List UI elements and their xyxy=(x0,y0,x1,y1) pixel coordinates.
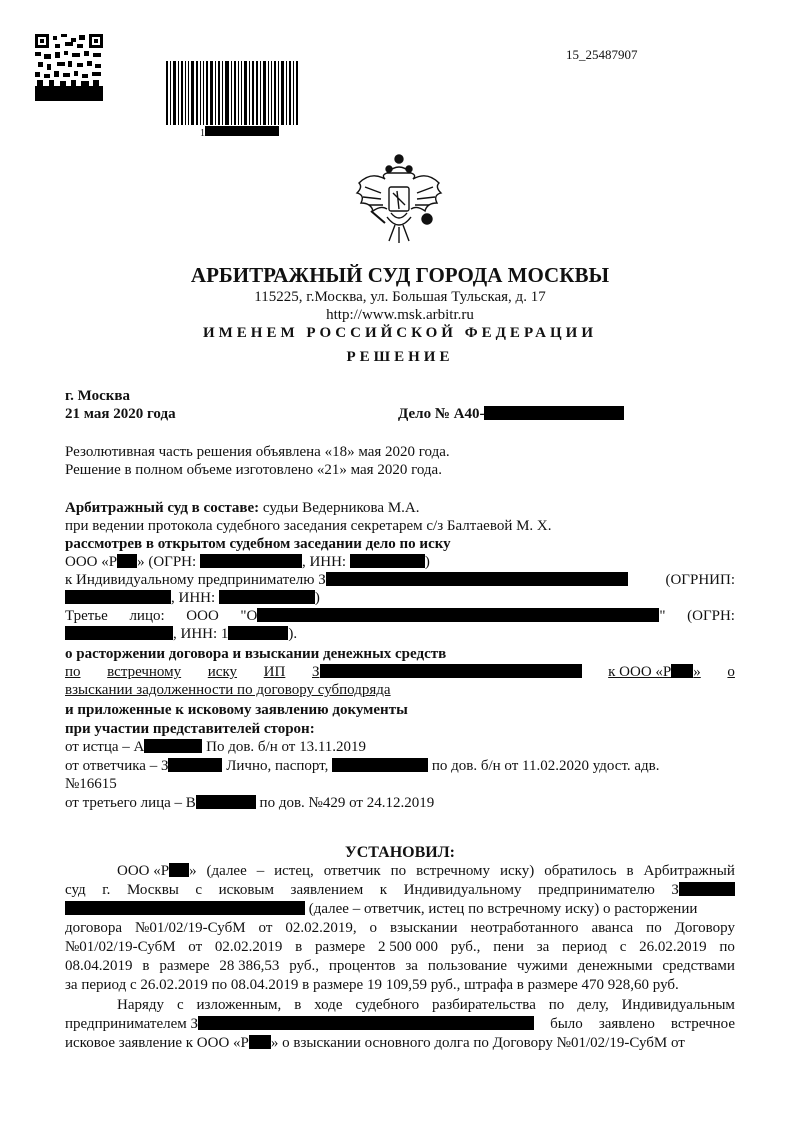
redaction xyxy=(228,626,288,640)
word: с xyxy=(177,996,184,1014)
court-address: 115225, г.Москва, ул. Большая Тульская, … xyxy=(0,288,800,306)
judge: судьи Ведерникова М.А. xyxy=(259,500,419,516)
participants-label: при участии представителей сторон: xyxy=(65,720,315,738)
redaction xyxy=(169,863,189,877)
word: по xyxy=(719,938,735,956)
city: г. Москва xyxy=(65,387,130,405)
paragraph-line: предпринимателем З было заявлено встречн… xyxy=(65,1015,735,1033)
word: предпринимателю xyxy=(538,881,655,899)
redaction xyxy=(326,572,628,586)
rep-label: от ответчика – З xyxy=(65,758,168,774)
word: изложенным, xyxy=(197,996,282,1014)
redaction xyxy=(196,795,256,809)
paragraph-line: (далее – ответчик, истец по встречному и… xyxy=(65,900,735,918)
plaintiff-line: ООО «Р» (ОГРН: , ИНН: ) xyxy=(65,553,430,571)
word: заявлением xyxy=(291,881,364,899)
word: – xyxy=(257,862,265,880)
word: в xyxy=(294,996,301,1014)
ogrn-label: (ОГРН: xyxy=(687,607,735,625)
word: ответчик xyxy=(324,862,381,880)
redaction xyxy=(484,406,624,420)
redaction xyxy=(117,554,137,568)
word: г. xyxy=(102,881,110,899)
word: денежными xyxy=(578,957,653,975)
ogrnip-label: (ОГРНИП: xyxy=(665,571,735,589)
rep-third-party: от третьего лица – В по дов. №429 от 24.… xyxy=(65,794,434,812)
word: от xyxy=(259,919,273,937)
word: руб., xyxy=(289,957,319,975)
defendant-ids: , ИНН: ) xyxy=(65,589,320,607)
word: о xyxy=(370,919,378,937)
word: судебного xyxy=(355,996,419,1014)
redaction xyxy=(168,758,222,772)
rep-details: по дов. №429 от 24.12.2019 xyxy=(256,795,434,811)
text: (далее – ответчик, истец по встречному и… xyxy=(305,901,697,917)
redaction xyxy=(219,590,315,604)
rep-details: По дов. б/н от 13.11.2019 xyxy=(202,739,366,755)
inn-label: , ИНН: xyxy=(173,626,221,642)
word: в xyxy=(295,938,302,956)
paragraph-line: суд г. Москвы с исковым заявлением к Инд… xyxy=(65,881,735,899)
redaction xyxy=(200,554,302,568)
plaintiff-name: ООО «Р xyxy=(65,554,117,570)
word: пени xyxy=(493,938,524,956)
paragraph-line: исковое заявление к ООО «Р» о взыскании … xyxy=(65,1034,685,1052)
word: за xyxy=(405,957,418,975)
ogrn-label: » (ОГРН: xyxy=(137,554,200,570)
word: по xyxy=(65,663,81,681)
word: ходе xyxy=(314,996,342,1014)
court-composition: Арбитражный суд в составе: судьи Ведерни… xyxy=(65,499,419,517)
word: средствами xyxy=(662,957,735,975)
counterclaim-line: по встречному иску ИП З к ООО «Р» о xyxy=(65,663,735,681)
redaction xyxy=(65,590,171,604)
word: Индивидуальному xyxy=(404,881,522,899)
word: иску) xyxy=(500,862,534,880)
case-number-label: Дело № А40- xyxy=(398,406,484,422)
rep-label: от истца – А xyxy=(65,739,144,755)
word: 26.02.2019 xyxy=(639,938,707,956)
in-the-name-heading: ИМЕНЕМ РОССИЙСКОЙ ФЕДЕРАЦИИ xyxy=(0,324,800,342)
word: взыскании xyxy=(390,919,458,937)
word: к xyxy=(380,881,387,899)
redaction xyxy=(65,626,173,640)
word: №01/02/19-СубМ xyxy=(65,938,176,956)
paren: ) xyxy=(425,554,430,570)
decision-date: 21 мая 2020 года xyxy=(65,405,176,423)
word: договора xyxy=(65,919,122,937)
inn-label: , ИНН: xyxy=(171,590,219,606)
word: Москвы xyxy=(127,881,179,899)
word: "О xyxy=(240,608,257,624)
word: по xyxy=(646,919,662,937)
redaction xyxy=(350,554,425,568)
counterclaim-line-2: взыскании задолженности по договору субп… xyxy=(65,681,391,699)
subject: о расторжении договора и взыскании денеж… xyxy=(65,645,446,663)
rep-details: Лично, паспорт, xyxy=(222,758,332,774)
word: размере xyxy=(159,957,209,975)
barcode-icon xyxy=(166,61,312,125)
defendant-name: З xyxy=(671,881,735,899)
word: встречному xyxy=(107,663,181,681)
word: к ООО «Р xyxy=(608,664,671,680)
rep-defendant: от ответчика – З Лично, паспорт, по дов.… xyxy=(65,757,735,775)
word: разбирательства xyxy=(432,996,536,1014)
word: ООО «Р xyxy=(117,863,169,879)
word: аванса xyxy=(591,919,633,937)
redaction xyxy=(144,739,202,753)
word: в xyxy=(626,862,633,880)
word: о xyxy=(727,663,735,681)
word: по xyxy=(391,862,407,880)
counterclaim-party: З xyxy=(312,663,582,681)
word: Договору xyxy=(675,919,735,937)
defendant-line: к Индивидуальному предпринимателю З (ОГР… xyxy=(65,571,735,589)
paragraph-line: ООО «Р» (далее – истец, ответчик по встр… xyxy=(117,862,735,880)
inn-label: , ИНН: xyxy=(302,554,350,570)
paragraph-line: 08.04.2019 в размере 28 386,53 руб., про… xyxy=(65,957,735,975)
word: пользование xyxy=(428,957,507,975)
word: лицо: xyxy=(129,607,164,625)
word: заявлено xyxy=(599,1015,655,1033)
text: » о взыскании основного долга по Договор… xyxy=(271,1035,685,1051)
redaction xyxy=(332,758,428,772)
rep-defendant-line-2: №16615 xyxy=(65,775,117,793)
defendant-prefix: к Индивидуальному предпринимателю З xyxy=(65,572,326,588)
amount: 28 386,53 xyxy=(219,957,279,975)
secretary: при ведении протокола судебного заседани… xyxy=(65,517,552,535)
word: от xyxy=(188,938,202,956)
redaction xyxy=(65,901,305,915)
resolution-announced: Резолютивная часть решения объявлена «18… xyxy=(65,443,450,461)
court-name: АРБИТРАЖНЫЙ СУД ГОРОДА МОСКВЫ xyxy=(0,263,800,287)
word: период xyxy=(562,938,607,956)
entrepreneur-name: предпринимателем З xyxy=(65,1015,534,1033)
word: (далее xyxy=(207,862,247,880)
barcode-number: 1 xyxy=(200,126,279,139)
word: с xyxy=(195,881,202,899)
word: за xyxy=(537,938,550,956)
redaction xyxy=(205,126,279,136)
word: » xyxy=(189,863,197,879)
redaction xyxy=(257,608,659,622)
word: З xyxy=(671,882,679,898)
text: исковое заявление к ООО «Р xyxy=(65,1035,249,1051)
word: встречное xyxy=(671,1015,735,1033)
plaintiff-name: ООО «Р» xyxy=(117,862,197,880)
word: 02.02.2019, xyxy=(285,919,356,937)
word: в xyxy=(142,957,149,975)
word: №01/02/19-СубМ xyxy=(135,919,246,937)
word: Индивидуальным xyxy=(622,996,735,1014)
paragraph-line: договора №01/02/19-СубМ от 02.02.2019, о… xyxy=(65,919,735,937)
word: З xyxy=(312,664,320,680)
case-number: Дело № А40- xyxy=(398,405,624,423)
document-id: 15_25487907 xyxy=(566,47,638,63)
word: Арбитражный xyxy=(644,862,735,880)
redaction xyxy=(320,664,582,678)
word: делу, xyxy=(577,996,609,1014)
word: Наряду xyxy=(117,996,164,1014)
considering-label: рассмотрев в открытом судебном заседании… xyxy=(65,535,451,553)
third-party-ids: , ИНН: 1). xyxy=(65,625,297,643)
redaction xyxy=(671,664,693,678)
defendant-name: к Индивидуальному предпринимателю З xyxy=(65,571,628,589)
rep-plaintiff: от истца – А По дов. б/н от 13.11.2019 xyxy=(65,738,366,756)
paragraph-line: за период с 26.02.2019 по 08.04.2019 в р… xyxy=(65,976,679,994)
paren: ) xyxy=(315,590,320,606)
established-heading: УСТАНОВИЛ: xyxy=(0,844,800,862)
word: ИП xyxy=(264,663,286,681)
third-party-line: Третье лицо: ООО "О" (ОГРН: xyxy=(65,607,735,625)
inn-start: 1 xyxy=(221,626,229,642)
word: неотработанного xyxy=(470,919,578,937)
word: предпринимателем З xyxy=(65,1016,198,1032)
word: с xyxy=(620,938,627,956)
amount: 2 500 000 xyxy=(378,938,438,956)
word: Третье xyxy=(65,607,108,625)
paren: ). xyxy=(288,626,297,642)
russian-coat-of-arms-icon xyxy=(351,153,447,245)
paragraph-line: №01/02/19-СубМ от 02.02.2019 в размере 2… xyxy=(65,938,735,956)
counterclaim-to: к ООО «Р» xyxy=(608,663,701,681)
word: встречному xyxy=(416,862,490,880)
court-composition-label: Арбитражный суд в составе: xyxy=(65,500,259,516)
word: было xyxy=(550,1015,583,1033)
paragraph-line: Наряду с изложенным, в ходе судебного ра… xyxy=(117,996,735,1014)
word: ООО xyxy=(186,607,219,625)
court-website: http://www.msk.arbitr.ru xyxy=(0,306,800,324)
qr-redaction xyxy=(35,86,103,101)
word: процентов xyxy=(329,957,396,975)
attached-documents: и приложенные к исковому заявлению докум… xyxy=(65,701,408,719)
full-decision-made: Решение в полном объеме изготовлено «21»… xyxy=(65,461,442,479)
word: суд xyxy=(65,881,86,899)
redaction xyxy=(198,1016,534,1030)
word: руб., xyxy=(451,938,481,956)
quote: " xyxy=(659,608,665,624)
word: 02.02.2019 xyxy=(215,938,283,956)
rep-details: по дов. б/н от 11.02.2020 удост. адв. xyxy=(428,758,659,774)
word: 08.04.2019 xyxy=(65,957,133,975)
word: чужими xyxy=(517,957,568,975)
third-party-name: "О" xyxy=(240,607,665,625)
word: размере xyxy=(315,938,365,956)
word: истец, xyxy=(274,862,314,880)
word: иску xyxy=(208,663,237,681)
redaction xyxy=(249,1035,271,1049)
rep-label: от третьего лица – В xyxy=(65,795,196,811)
word: по xyxy=(549,996,565,1014)
word: исковым xyxy=(219,881,274,899)
word: обратилось xyxy=(544,862,616,880)
document-type-heading: РЕШЕНИЕ xyxy=(0,348,800,366)
redaction xyxy=(679,882,735,896)
